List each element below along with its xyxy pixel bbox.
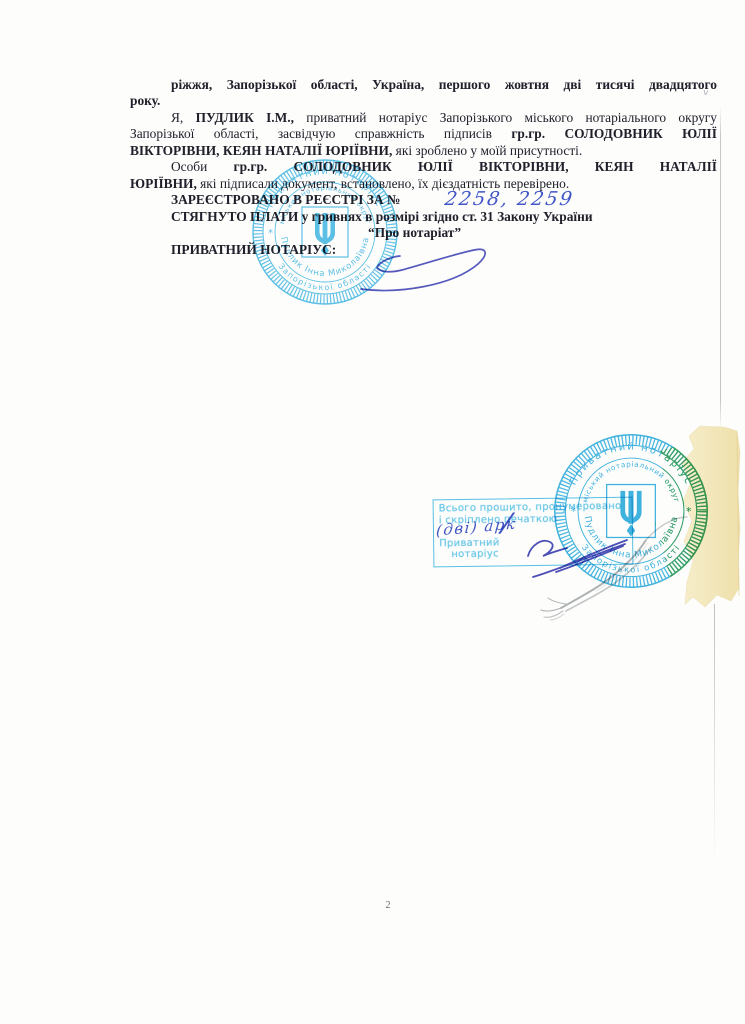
text-segment: приватний нотаріус Запорізького міського… <box>294 110 717 125</box>
binding-stamp-line3: Приватний <box>439 537 500 549</box>
text-segment: гр.гр. СОЛОДОВНИК ЮЛІЇ <box>511 126 717 141</box>
text-segment: ВІКТОРІВНИ, КЕЯН НАТАЛІЇ ЮРІЇВНИ, <box>130 143 392 158</box>
scanned-page: { "page": { "number": "2", "background":… <box>0 0 745 1024</box>
document-line-7: ЮРІЇВНИ, які підписали документ, встанов… <box>130 176 717 192</box>
page-edge-line-bottom <box>714 604 715 866</box>
document-line-9: СТЯГНУТО ПЛАТИ у гривнях в розмірі згідн… <box>130 209 717 225</box>
document-line-5: ВІКТОРІВНИ, КЕЯН НАТАЛІЇ ЮРІЇВНИ, які зр… <box>130 143 717 159</box>
document-line-6: Особи гр.гр. СОЛОДОВНИК ЮЛІЇ ВІКТОРІВНИ,… <box>130 159 717 175</box>
document-line-8: ЗАРЕЄСТРОВАНО В РЕЄСТРІ ЗА № 2258, 2259 <box>130 192 717 208</box>
text-segment: Запорізької області, засвідчую справжніс… <box>130 126 511 141</box>
document-line-11: ПРИВАТНИЙ НОТАРІУС: <box>130 242 717 258</box>
text-segment: ПУДЛИК І.М., <box>196 110 294 125</box>
text-segment: гр.гр. СОЛОДОВНИК ЮЛІЇ ВІКТОРІВНИ, КЕЯН … <box>234 159 717 174</box>
text-segment: ЗАРЕЄСТРОВАНО В РЕЄСТРІ ЗА № <box>171 192 404 207</box>
document-line-4: Запорізької області, засвідчую справжніс… <box>130 126 717 142</box>
text-segment: ріжжя, Запорізької області, Україна, пер… <box>171 77 717 92</box>
document-line-1: ріжжя, Запорізької області, Україна, пер… <box>130 77 717 93</box>
text-segment: СТЯГНУТО ПЛАТИ у гривнях в розмірі згідн… <box>171 209 593 224</box>
text-segment: ЮРІЇВНИ, <box>130 176 197 191</box>
document-line-10: “Про нотаріат” <box>368 225 717 241</box>
text-segment: ПРИВАТНИЙ НОТАРІУС: <box>171 242 336 257</box>
page-number: 2 <box>378 900 398 911</box>
text-segment: які зроблено у моїй присутності. <box>392 143 582 158</box>
text-segment: Я, <box>171 110 196 125</box>
document-text: ріжжя, Запорізької області, Україна, пер… <box>130 77 717 258</box>
text-segment: року. <box>130 93 160 108</box>
document-line-3: Я, ПУДЛИК І.М., приватний нотаріус Запор… <box>130 110 717 126</box>
text-segment: Особи <box>171 159 234 174</box>
text-segment: “Про нотаріат” <box>368 225 461 240</box>
binding-stamp-line4: нотаріус <box>451 548 499 560</box>
page-edge-line-top <box>720 106 721 430</box>
document-line-2: року. <box>130 93 717 109</box>
binding-stamp-line1: Всього прошито, пронумеровано <box>439 501 622 515</box>
